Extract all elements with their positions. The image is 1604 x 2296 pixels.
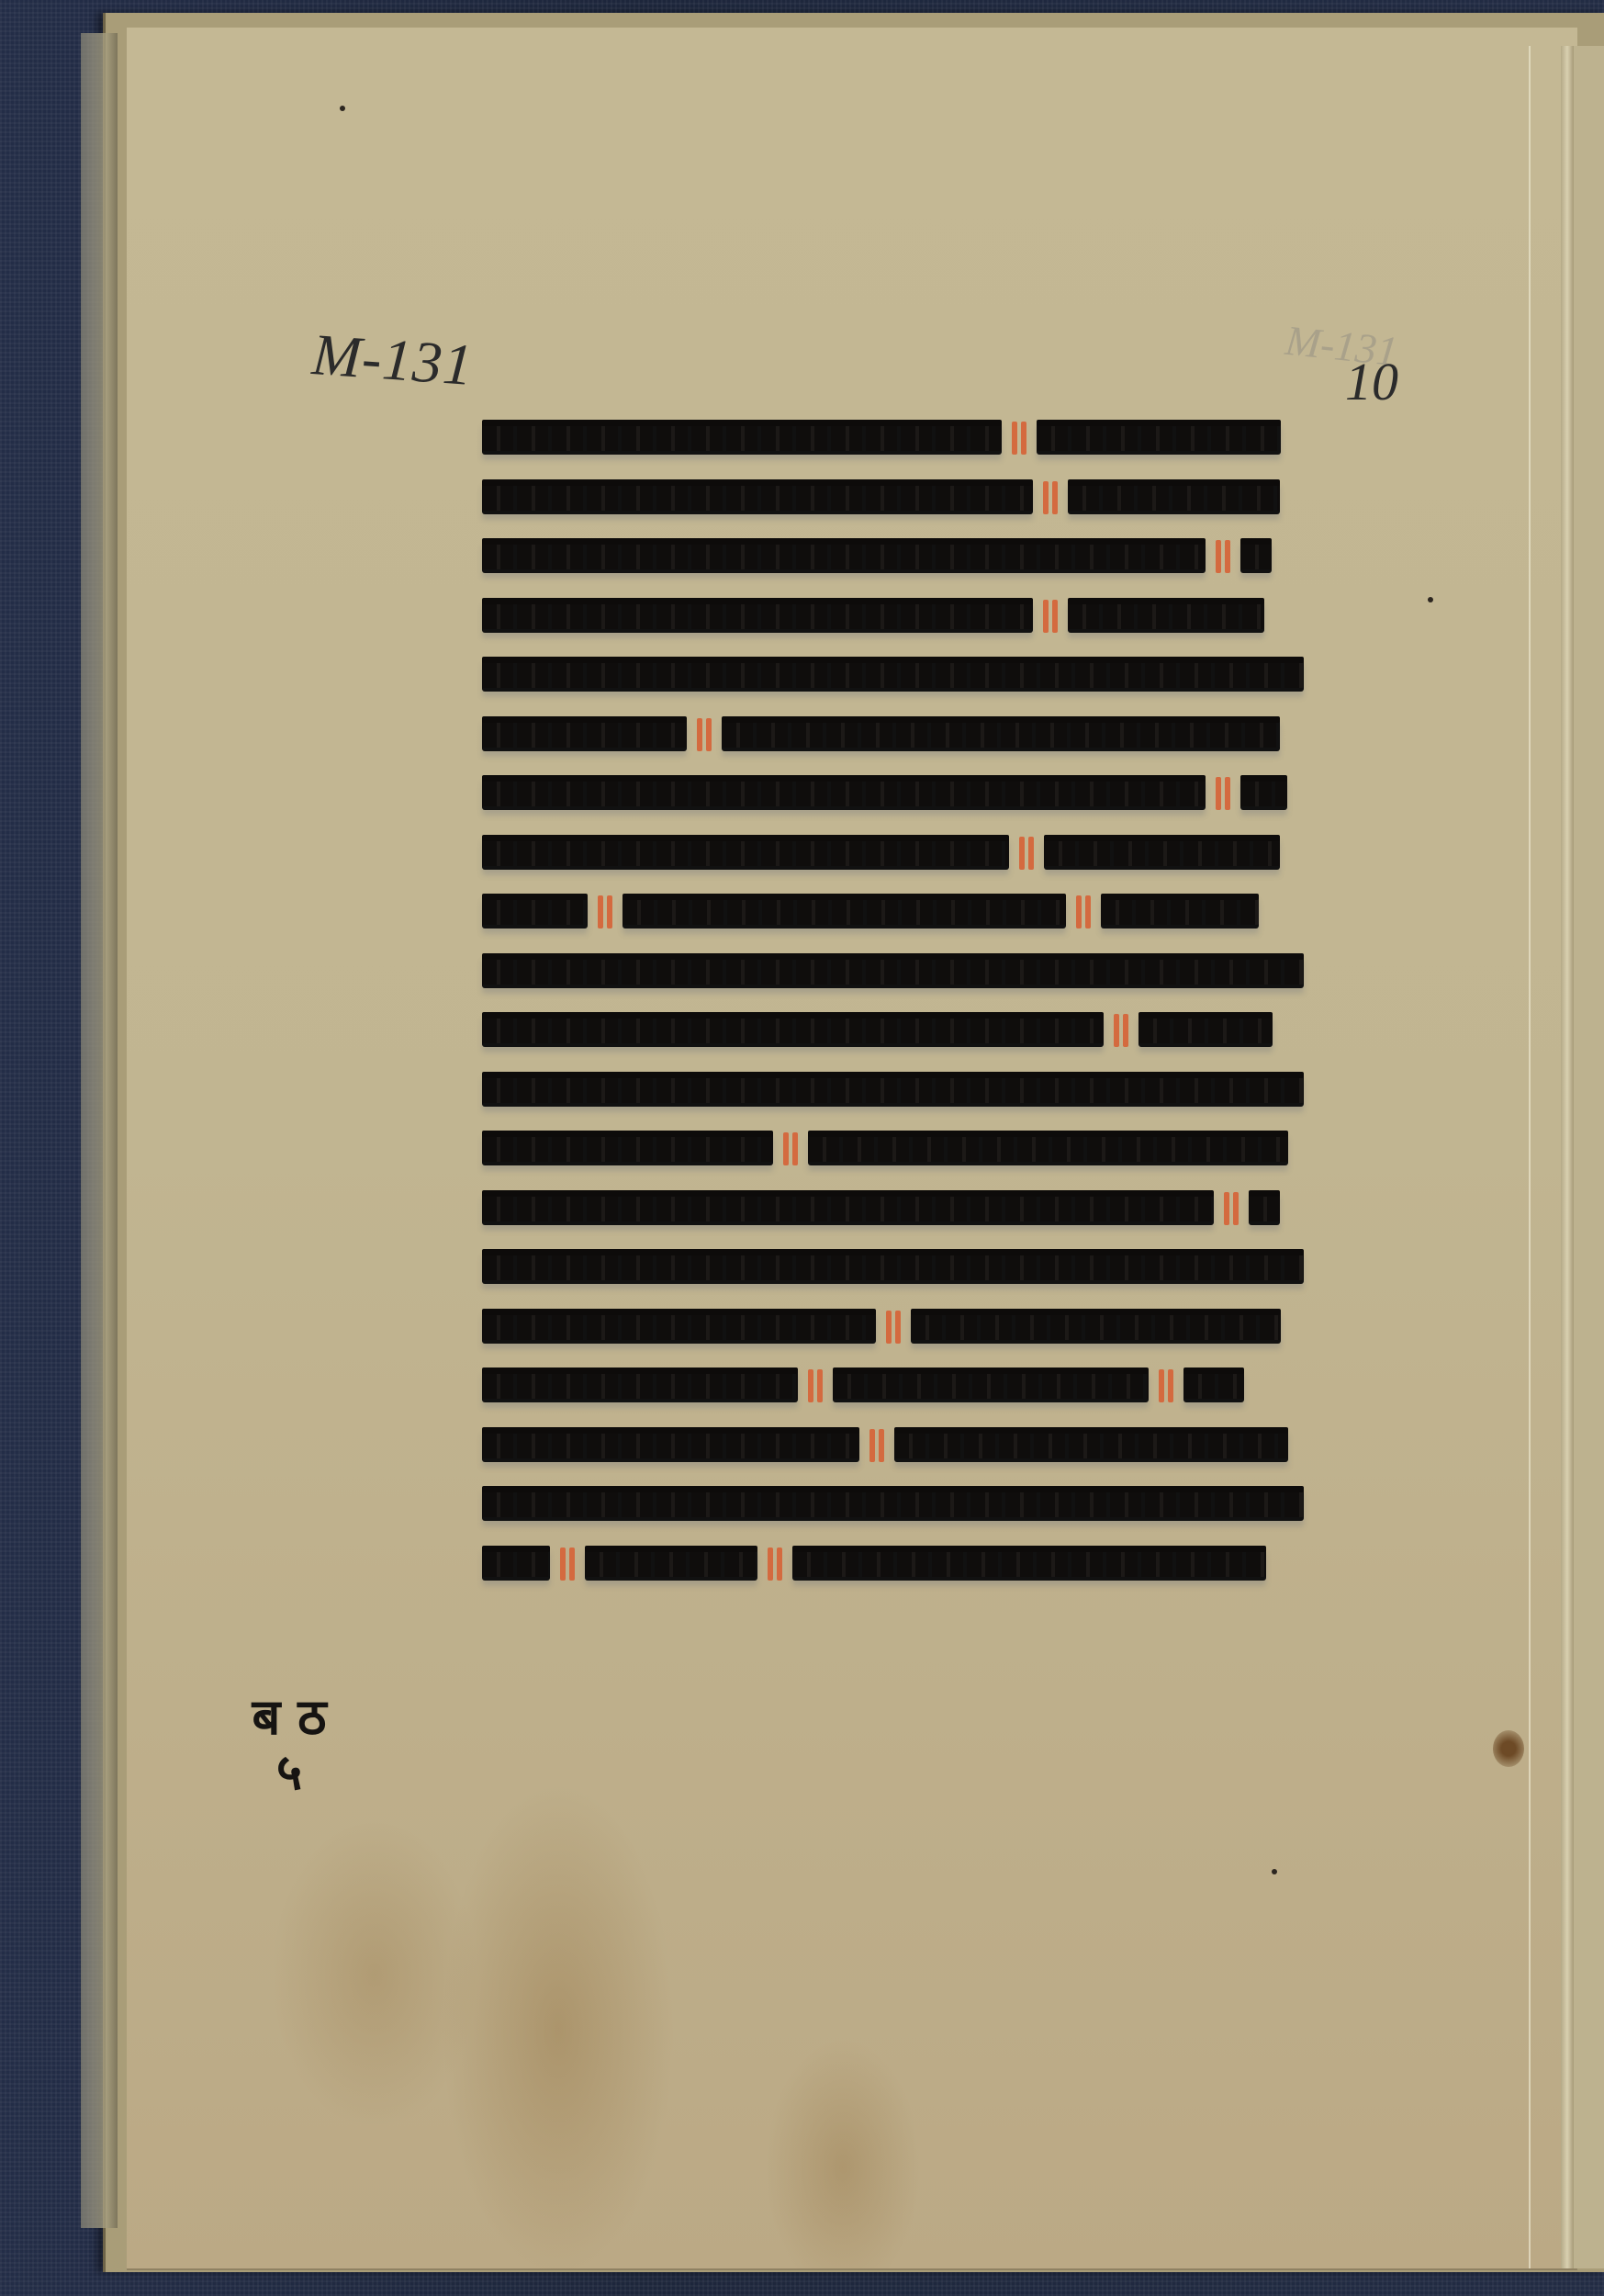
manuscript-line xyxy=(482,1475,1304,1535)
page-gutter xyxy=(1561,46,1574,2268)
red-double-danda-mark xyxy=(767,1546,783,1582)
red-double-danda-mark xyxy=(1042,479,1059,516)
red-double-danda-mark xyxy=(559,1546,576,1582)
ink-text-segment xyxy=(482,1251,1304,1284)
manuscript-line xyxy=(482,1535,1304,1594)
ink-text-segment xyxy=(894,1429,1288,1462)
ink-text-segment xyxy=(585,1548,757,1581)
red-double-danda-mark xyxy=(1215,775,1231,812)
ink-text-segment xyxy=(482,1074,1304,1107)
ink-stain xyxy=(1493,1730,1524,1767)
manuscript-line xyxy=(482,1179,1304,1239)
folio-number: 10 xyxy=(1345,351,1398,412)
red-double-danda-mark xyxy=(1018,835,1035,872)
margin-numeral-line-2: ५ xyxy=(234,1745,344,1800)
red-double-danda-mark xyxy=(1158,1367,1174,1404)
red-double-danda-mark xyxy=(782,1131,799,1167)
manuscript-line xyxy=(482,1298,1304,1357)
shelfmark-annotation: M-131 xyxy=(310,321,476,400)
ink-text-segment xyxy=(1068,481,1280,514)
manuscript-line xyxy=(482,587,1304,647)
manuscript-line xyxy=(482,764,1304,824)
red-double-danda-mark xyxy=(1215,538,1231,575)
protective-sheet-edge xyxy=(81,33,118,2228)
ink-text-segment xyxy=(482,1014,1104,1047)
manuscript-line xyxy=(482,942,1304,1002)
facing-leaf-edge xyxy=(1574,46,1604,2268)
speck xyxy=(1272,1869,1277,1874)
red-double-danda-mark xyxy=(1042,598,1059,635)
ink-text-segment xyxy=(482,955,1304,988)
speck xyxy=(340,106,345,111)
ink-text-segment xyxy=(482,777,1206,810)
ink-text-segment xyxy=(1139,1014,1273,1047)
manuscript-line xyxy=(482,468,1304,528)
manuscript-line xyxy=(482,527,1304,587)
ink-text-segment xyxy=(482,1192,1214,1225)
manuscript-line xyxy=(482,824,1304,884)
margin-folio-numerals: ब ठ ५ xyxy=(234,1690,344,1800)
red-double-danda-mark xyxy=(696,716,712,753)
ink-text-segment xyxy=(1044,837,1280,870)
manuscript-line xyxy=(482,646,1304,705)
manuscript-line xyxy=(482,1120,1304,1179)
ink-text-segment xyxy=(482,1488,1304,1521)
ink-text-segment xyxy=(1037,422,1281,455)
ink-text-segment xyxy=(911,1311,1281,1344)
ink-text-segment xyxy=(482,658,1304,692)
red-double-danda-mark xyxy=(807,1367,824,1404)
ink-text-segment xyxy=(808,1132,1288,1165)
ink-text-segment xyxy=(792,1548,1266,1581)
ink-text-segment xyxy=(482,1429,859,1462)
manuscript-line xyxy=(482,409,1304,468)
ink-text-segment xyxy=(1240,540,1272,573)
manuscript-line xyxy=(482,1001,1304,1061)
ink-text-segment xyxy=(482,1132,773,1165)
fold-crease xyxy=(1529,46,1531,2268)
manuscript-line xyxy=(482,1416,1304,1476)
ink-text-segment xyxy=(482,600,1033,633)
red-double-danda-mark xyxy=(1075,894,1092,930)
ink-text-segment xyxy=(482,422,1002,455)
ink-text-segment xyxy=(1183,1369,1244,1402)
manuscript-line xyxy=(482,705,1304,765)
ink-text-segment xyxy=(1101,895,1259,929)
ink-text-segment xyxy=(482,1369,798,1402)
ink-text-segment xyxy=(482,718,687,751)
ink-text-segment xyxy=(1240,777,1287,810)
red-double-danda-mark xyxy=(869,1427,885,1464)
speck xyxy=(1428,597,1433,602)
ink-text-segment xyxy=(623,895,1066,929)
red-double-danda-mark xyxy=(1223,1190,1239,1227)
red-double-danda-mark xyxy=(885,1309,902,1345)
ink-text-segment xyxy=(482,481,1033,514)
ink-text-segment xyxy=(482,1548,550,1581)
ink-text-segment xyxy=(1249,1192,1280,1225)
ink-text-segment xyxy=(482,1311,876,1344)
ink-text-segment xyxy=(833,1369,1149,1402)
manuscript-line xyxy=(482,1356,1304,1416)
manuscript-line xyxy=(482,1061,1304,1120)
manuscript-line xyxy=(482,883,1304,942)
ink-text-segment xyxy=(482,540,1206,573)
manuscript-line xyxy=(482,1238,1304,1298)
manuscript-text-block xyxy=(482,409,1304,1593)
ink-text-segment xyxy=(1068,600,1264,633)
ink-text-segment xyxy=(482,837,1009,870)
red-double-danda-mark xyxy=(1011,420,1027,456)
ink-text-segment xyxy=(722,718,1280,751)
red-double-danda-mark xyxy=(597,894,613,930)
ink-text-segment xyxy=(482,895,588,929)
red-double-danda-mark xyxy=(1113,1012,1129,1049)
margin-numeral-line-1: ब ठ xyxy=(234,1690,344,1745)
